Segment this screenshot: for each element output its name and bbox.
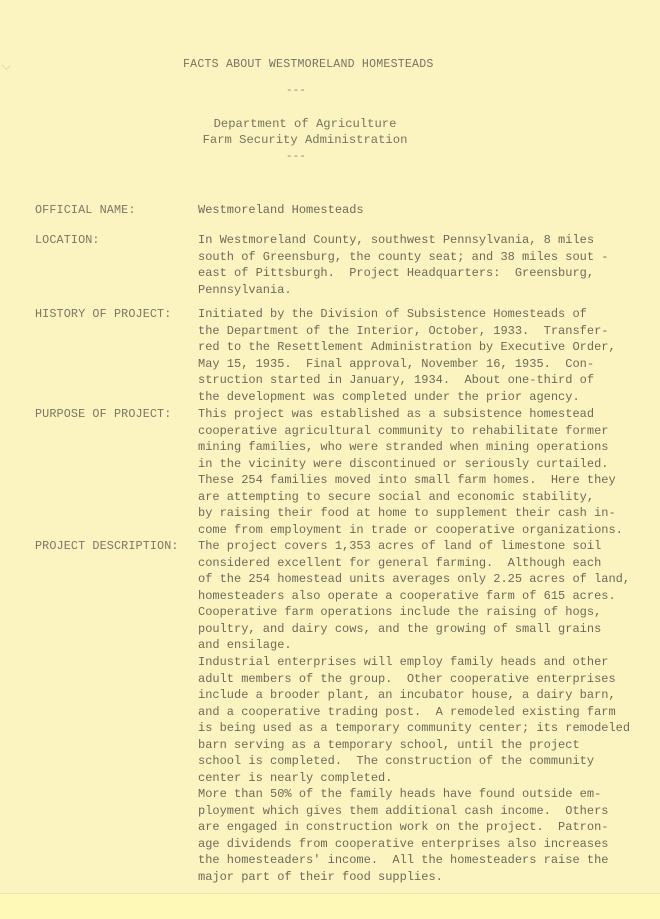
text-line: are engaged in construction work on the … [198, 819, 658, 836]
department-name: Department of Agriculture [200, 116, 410, 132]
label-project-description: PROJECT DESCRIPTION: [35, 539, 179, 553]
text-line: cooperative agricultural community to re… [198, 423, 658, 440]
document-page: FACTS ABOUT WESTMORELAND HOMESTEADS --- … [0, 0, 660, 893]
text-line: Westmoreland Homesteads [198, 202, 658, 219]
paragraph-outside-employment: More than 50% of the family heads have f… [198, 786, 658, 885]
text-line: May 15, 1935. Final approval, November 1… [198, 356, 658, 373]
administration-name: Farm Security Administration [200, 132, 410, 148]
text-line: the development was completed under the … [198, 389, 658, 406]
text-line: east of Pittsburgh. Project Headquarters… [198, 265, 658, 282]
text-line: age dividends from cooperative enterpris… [198, 836, 658, 853]
paragraph-industrial-enterprises: Industrial enterprises will employ famil… [198, 654, 658, 786]
text-line: and ensilage. [198, 637, 658, 654]
text-line: Industrial enterprises will employ famil… [198, 654, 658, 671]
text-line: Cooperative farm operations include the … [198, 604, 658, 621]
label-location: LOCATION: [35, 233, 100, 247]
text-line: is being used as a temporary community c… [198, 720, 658, 737]
text-line: homesteaders also operate a cooperative … [198, 588, 658, 605]
value-history: Initiated by the Division of Subsistence… [198, 306, 658, 405]
text-line: center is nearly completed. [198, 770, 658, 787]
text-line: school is completed. The construction of… [198, 753, 658, 770]
text-line: struction started in January, 1934. Abou… [198, 372, 658, 389]
page-bottom-edge [0, 893, 660, 919]
text-line: In Westmoreland County, southwest Pennsy… [198, 232, 658, 249]
page-margin-mark [1, 61, 10, 70]
text-line: come from employment in trade or coopera… [198, 522, 658, 539]
text-line: This project was established as a subsis… [198, 406, 658, 423]
value-project-description: The project covers 1,353 acres of land o… [198, 538, 658, 654]
text-line: are attempting to secure social and econ… [198, 489, 658, 506]
text-line: by raising their food at home to supplem… [198, 505, 658, 522]
text-line: south of Greensburg, the county seat; an… [198, 249, 658, 266]
label-purpose: PURPOSE OF PROJECT: [35, 407, 171, 421]
text-line: More than 50% of the family heads have f… [198, 786, 658, 803]
value-location: In Westmoreland County, southwest Pennsy… [198, 232, 658, 298]
label-official-name: OFFICIAL NAME: [35, 203, 136, 217]
separator-bottom: --- [286, 151, 306, 163]
text-line: include a brooder plant, an incubator ho… [198, 687, 658, 704]
text-line: mining families, who were stranded when … [198, 439, 658, 456]
text-line: and a cooperative trading post. A remode… [198, 704, 658, 721]
value-official-name: Westmoreland Homesteads [198, 202, 658, 219]
text-line: in the vicinity were discontinued or ser… [198, 456, 658, 473]
text-line: major part of their food supplies. [198, 869, 658, 886]
document-title: FACTS ABOUT WESTMORELAND HOMESTEADS [183, 58, 434, 71]
text-line: considered excellent for general farming… [198, 555, 658, 572]
text-line: adult members of the group. Other cooper… [198, 671, 658, 688]
text-line: These 254 families moved into small farm… [198, 472, 658, 489]
text-line: the homesteaders' income. All the homest… [198, 852, 658, 869]
separator-top: --- [286, 85, 306, 97]
text-line: ployment which gives them additional cas… [198, 803, 658, 820]
text-line: Pennsylvania. [198, 282, 658, 299]
label-history: HISTORY OF PROJECT: [35, 307, 171, 321]
text-line: the Department of the Interior, October,… [198, 323, 658, 340]
value-purpose: This project was established as a subsis… [198, 406, 658, 538]
text-line: red to the Resettlement Administration b… [198, 339, 658, 356]
text-line: poultry, and dairy cows, and the growing… [198, 621, 658, 638]
text-line: Initiated by the Division of Subsistence… [198, 306, 658, 323]
text-line: The project covers 1,353 acres of land o… [198, 538, 658, 555]
text-line: barn serving as a temporary school, unti… [198, 737, 658, 754]
text-line: of the 254 homestead units averages only… [198, 571, 658, 588]
department-block: Department of Agriculture Farm Security … [200, 116, 410, 148]
